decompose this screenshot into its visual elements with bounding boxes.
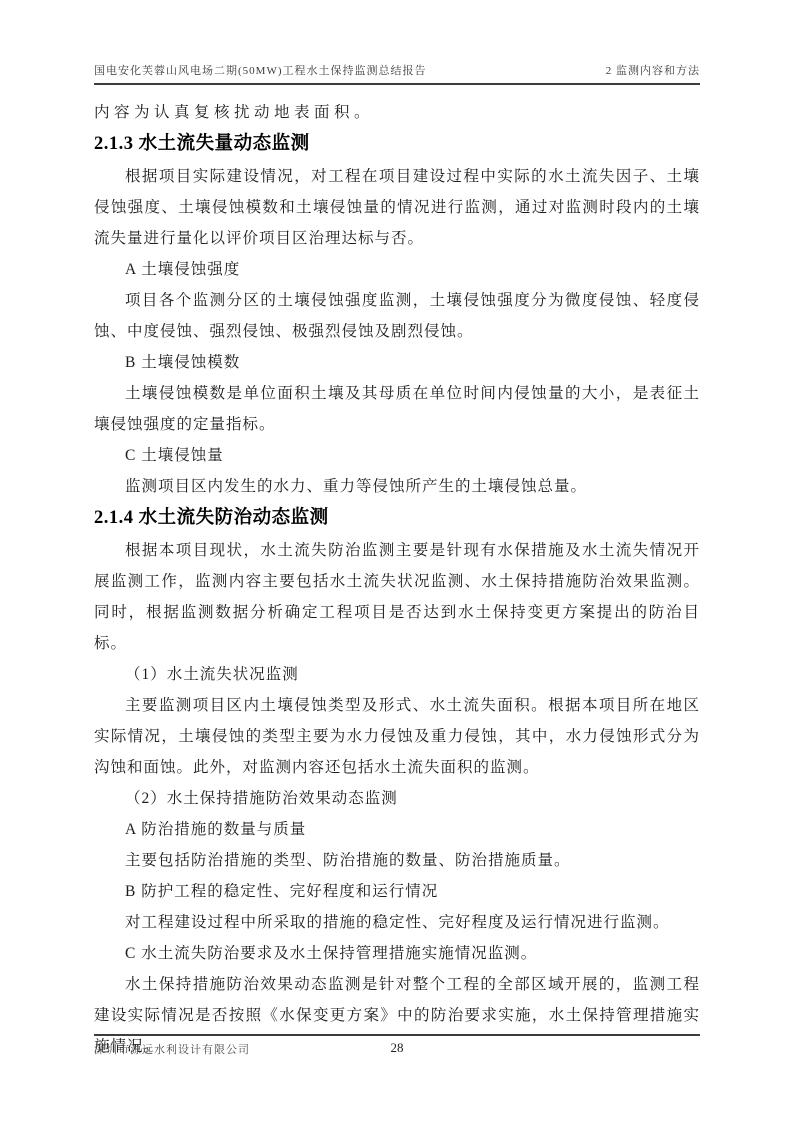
header-chapter-title: 2 监测内容和方法	[606, 62, 700, 78]
paragraph-erosion-intensity-grades: 项目各个监测分区的土壤侵蚀强度监测，土壤侵蚀强度分为微度侵蚀、轻度侵蚀、中度侵蚀…	[94, 285, 700, 347]
paragraph-measure-types: 主要包括防治措施的类型、防治措施的数量、防治措施质量。	[94, 845, 700, 876]
paragraph-soil-loss-status-detail: 主要监测项目区内土壤侵蚀类型及形式、水土流失面积。根据本项目所在地区实际情况，土…	[94, 690, 700, 783]
paragraph-erosion-modulus-definition: 土壤侵蚀模数是单位面积土壤及其母质在单位时间内侵蚀量的大小，是表征土壤侵蚀强度的…	[94, 378, 700, 440]
header-report-title: 国电安化芙蓉山风电场二期(50MW)工程水土保持监测总结报告	[94, 62, 427, 78]
paragraph-soil-loss-quantity: 根据项目实际建设情况，对工程在项目建设过程中实际的水土流失因子、土壤侵蚀强度、土…	[94, 161, 700, 254]
document-body: 内容为认真复核扰动地表面积。 2.1.3 水土流失量动态监测 根据项目实际建设情…	[94, 97, 700, 1062]
document-page: 国电安化芙蓉山风电场二期(50MW)工程水土保持监测总结报告 2 监测内容和方法…	[0, 0, 793, 1122]
page-header: 国电安化芙蓉山风电场二期(50MW)工程水土保持监测总结报告 2 监测内容和方法	[94, 62, 700, 85]
paragraph-erosion-amount-definition: 监测项目区内发生的水力、重力等侵蚀所产生的土壤侵蚀总量。	[94, 471, 700, 502]
item-a-measure-quantity-quality: A 防治措施的数量与质量	[94, 814, 700, 845]
item-1-soil-loss-status-monitoring: （1）水土流失状况监测	[94, 659, 700, 690]
item-c-soil-erosion-amount: C 土壤侵蚀量	[94, 440, 700, 471]
section-heading-2-1-4: 2.1.4 水土流失防治动态监测	[94, 502, 700, 535]
item-c-management-implementation: C 水土流失防治要求及水土保持管理措施实施情况监测。	[94, 938, 700, 969]
item-b-soil-erosion-modulus: B 土壤侵蚀模数	[94, 347, 700, 378]
paragraph-prevention-monitoring: 根据本项目现状，水土流失防治监测主要是针现有水保措施及水土流失情况开展监测工作，…	[94, 535, 700, 659]
section-heading-2-1-3: 2.1.3 水土流失量动态监测	[94, 128, 700, 161]
item-2-measure-effect-monitoring: （2）水土保持措施防治效果动态监测	[94, 783, 700, 814]
page-footer: 深圳市源远水利设计有限公司 28	[94, 1034, 700, 1058]
footer-page-number: 28	[94, 1040, 700, 1056]
paragraph-stability-monitoring: 对工程建设过程中所采取的措施的稳定性、完好程度及运行情况进行监测。	[94, 907, 700, 938]
item-b-engineering-stability: B 防护工程的稳定性、完好程度和运行情况	[94, 876, 700, 907]
paragraph-continuation: 内容为认真复核扰动地表面积。	[94, 97, 700, 128]
item-a-soil-erosion-intensity: A 土壤侵蚀强度	[94, 254, 700, 285]
